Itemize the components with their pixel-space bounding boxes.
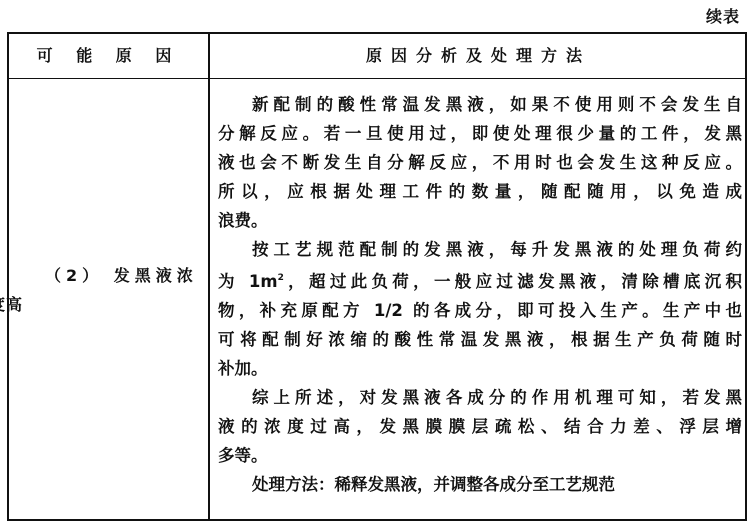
cause-cell: （2） 发黑液浓 度高: [17, 261, 203, 319]
text-line: 分解反应。若一旦使用过，即使处理很少量的工件，发黑: [218, 119, 742, 148]
text-line: 液的浓度过高，发黑膜膜层疏松、结合力差、浮层增: [218, 412, 742, 441]
analysis-cell: 新配制的酸性常温发黑液，如果不使用则不会发生自 分解反应。若一旦使用过，即使处理…: [218, 90, 742, 499]
continued-table-label: 续表: [706, 4, 740, 27]
header-analysis-method: 原因分析及处理方法: [210, 34, 747, 78]
table-header-row: 可 能 原 因 原因分析及处理方法: [9, 34, 745, 79]
text-line: 液也会不断发生自分解反应，不用时也会发生这种反应。: [218, 148, 742, 177]
text-line: 所以，应根据处理工件的数量，随配随用，以免造成: [218, 177, 742, 206]
text-line: 可将配制好浓缩的酸性常温发黑液，根据生产负荷随时: [218, 325, 742, 354]
paragraph-3: 综上所述，对发黑液各成分的作用机理可知，若发黑 液的浓度过高，发黑膜膜层疏松、结…: [218, 383, 742, 470]
text-line-with-unit: 为 1m2，超过此负荷，一般应过滤发黑液，清除槽底沉积: [218, 264, 742, 296]
header-possible-cause: 可 能 原 因: [9, 34, 208, 78]
method-label: 处理方法：: [252, 475, 335, 494]
cause-text-line-2: 度高: [0, 290, 23, 319]
paragraph-1: 新配制的酸性常温发黑液，如果不使用则不会发生自 分解反应。若一旦使用过，即使处理…: [218, 90, 742, 235]
text-line: 物，补充原配方 1/2 的各成分，即可投入生产。生产中也: [218, 296, 742, 325]
column-divider: [208, 34, 210, 519]
text-line: 浪费。: [218, 206, 742, 235]
troubleshooting-table: 可 能 原 因 原因分析及处理方法 （2） 发黑液浓 度高 新配制的酸性常温发黑…: [7, 32, 747, 521]
cause-text-line-1: （2） 发黑液浓: [45, 266, 198, 285]
unit-text-rest: ，超过此负荷，一般应过滤发黑液，清除槽底沉积: [284, 272, 742, 291]
text-line: 多等。: [218, 441, 742, 470]
text-line: 新配制的酸性常温发黑液，如果不使用则不会发生自: [218, 90, 742, 119]
method-text: 稀释发黑液，并调整各成分至工艺规范: [335, 475, 616, 494]
paragraph-2: 按工艺规范配制的发黑液，每升发黑液的处理负荷约 为 1m2，超过此负荷，一般应过…: [218, 235, 742, 383]
text-line: 综上所述，对发黑液各成分的作用机理可知，若发黑: [218, 383, 742, 412]
unit-text: 为 1m: [218, 272, 278, 291]
treatment-method: 处理方法：稀释发黑液，并调整各成分至工艺规范: [218, 470, 742, 499]
text-line: 按工艺规范配制的发黑液，每升发黑液的处理负荷约: [218, 235, 742, 264]
text-line: 补加。: [218, 354, 742, 383]
